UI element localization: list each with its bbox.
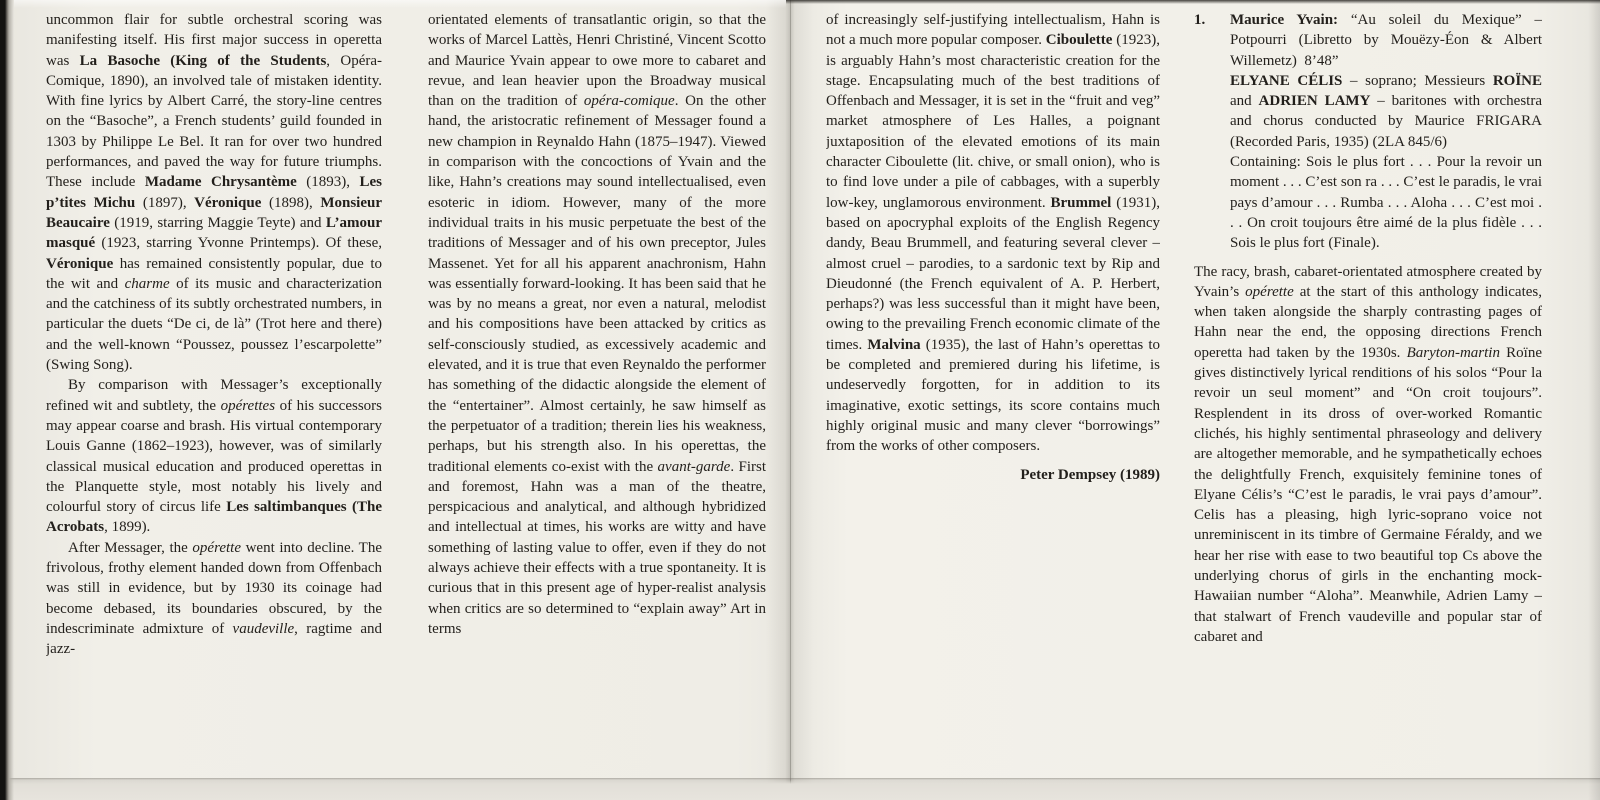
text-run: Baryton-martin — [1407, 345, 1500, 361]
text-run: (1898), — [261, 195, 320, 211]
paragraph: uncommon flair for subtle orchestral sco… — [46, 10, 382, 375]
text-run: ELYANE CÉLIS — [1230, 73, 1342, 89]
text-run: , Opéra-Comique, 1890), an involved tale… — [46, 53, 382, 191]
track-entry-performers: ELYANE CÉLIS – soprano; Messieurs ROÏNE … — [1194, 71, 1542, 152]
page-edge-left — [0, 0, 14, 800]
text-run: . On the other hand, the aristocratic re… — [428, 93, 766, 474]
text-run: Peter Dempsey (1989) — [1020, 467, 1160, 483]
text-run: Maurice Yvain: — [1230, 12, 1338, 28]
text-run: of his successors may appear coarse and … — [46, 398, 382, 515]
text-run: ADRIEN LAMY — [1259, 93, 1371, 109]
paragraph: By comparison with Messager’s exceptiona… — [46, 375, 382, 537]
center-fold-crease — [790, 0, 791, 800]
text-run: ROÏNE — [1493, 73, 1542, 89]
text-run: Roïne gives distinctively lyrical rendit… — [1194, 345, 1542, 645]
text-run: . First and foremost, Hahn was a man of … — [428, 459, 766, 637]
text-run: Brummel — [1051, 195, 1112, 211]
paragraph: The racy, brash, cabaret-orientated atmo… — [1194, 262, 1542, 648]
track-entry-title: 1.Maurice Yvain: “Au soleil du Mexique” … — [1194, 10, 1542, 71]
text-run: charme — [125, 276, 170, 292]
text-run: opéra-comique — [584, 93, 675, 109]
scanned-booklet-spread: { "page": { "description": "Scanned CD b… — [0, 0, 1600, 800]
text-run: (1923, starring Yvonne Printemps). Of th… — [95, 235, 382, 251]
author-credit: Peter Dempsey (1989) — [826, 465, 1160, 485]
text-run: (1923), is arguably Hahn’s most characte… — [826, 32, 1160, 210]
column-4: 1.Maurice Yvain: “Au soleil du Mexique” … — [1194, 10, 1542, 792]
text-run: opérettes — [221, 398, 275, 414]
text-run: Containing: Sois le plus fort . . . Pour… — [1230, 154, 1542, 251]
paragraph: of increasingly self-justifying intellec… — [826, 10, 1160, 457]
text-run: and — [1230, 93, 1259, 109]
column-1: uncommon flair for subtle orchestral sco… — [46, 10, 382, 792]
text-run: opérette — [1245, 284, 1294, 300]
text-run: vaudeville — [233, 621, 295, 637]
text-run: Véronique — [46, 256, 113, 272]
text-run: , 1899). — [104, 519, 150, 535]
page-edge-bottom — [0, 778, 1600, 800]
text-run: (1893), — [297, 174, 360, 190]
text-run: After Messager, the — [68, 540, 192, 556]
text-run: Madame Chrysantème — [145, 174, 297, 190]
text-run: – soprano; Messieurs — [1342, 73, 1492, 89]
text-run: La Basoche (King of the Students — [80, 53, 327, 69]
text-run: avant-garde — [658, 459, 731, 475]
text-run: (1931), based on apocryphal exploits of … — [826, 195, 1160, 353]
booklet-page: uncommon flair for subtle orchestral sco… — [0, 0, 1600, 800]
text-run: Malvina — [867, 337, 920, 353]
paragraph: orientated elements of transatlantic ori… — [428, 10, 766, 639]
page-edge-top-right — [786, 0, 1600, 4]
column-3: of increasingly self-justifying intellec… — [826, 10, 1160, 792]
text-run: Ciboulette — [1046, 32, 1113, 48]
text-run: opérette — [192, 540, 241, 556]
text-run: (1897), — [135, 195, 194, 211]
column-2: orientated elements of transatlantic ori… — [428, 10, 766, 792]
page-edge-top-left — [14, 0, 786, 8]
page-edge-right — [1588, 0, 1600, 800]
text-run: (1919, starring Maggie Teyte) and — [110, 215, 326, 231]
paragraph: After Messager, the opérette went into d… — [46, 538, 382, 660]
text-run: Véronique — [194, 195, 261, 211]
track-number: 1. — [1194, 10, 1205, 30]
text-run: (1935), the last of Hahn’s operettas to … — [826, 337, 1160, 454]
track-entry-contents: Containing: Sois le plus fort . . . Pour… — [1194, 152, 1542, 253]
